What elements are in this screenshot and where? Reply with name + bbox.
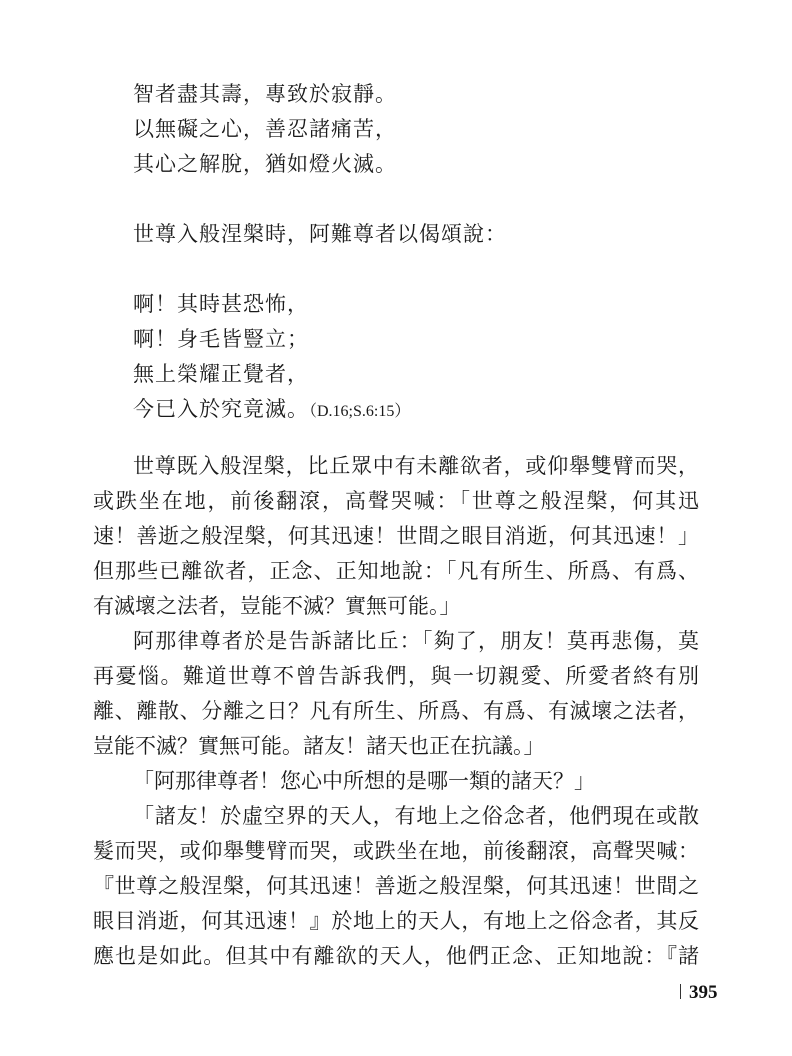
verse-line: 今已入於究竟滅。（D.16;S.6:15） <box>133 395 410 426</box>
citation-reference: （D.16;S.6:15） <box>309 403 410 420</box>
paragraph-line: 但那些已離欲者，正念、正知地說：「凡有所生、所爲、有爲、 <box>93 557 699 585</box>
paragraph-line: 阿那律尊者於是告訴諸比丘：「夠了，朋友！莫再悲傷，莫 <box>133 627 699 655</box>
paragraph-line: 有滅壞之法者，豈能不滅？實無可能。」 <box>93 592 461 620</box>
paragraph-line: 髮而哭，或仰舉雙臂而哭，或跌坐在地，前後翻滾，高聲哭喊： <box>93 837 699 865</box>
verse-line: 智者盡其壽，專致於寂靜。 <box>133 80 397 108</box>
paragraph-line: 『世尊之般涅槃，何其迅速！善逝之般涅槃，何其迅速！世間之 <box>93 872 699 900</box>
paragraph-line: 離、離散、分離之日？凡有所生、所爲、有爲、有滅壞之法者， <box>93 697 699 725</box>
book-page: 智者盡其壽，專致於寂靜。 以無礙之心，善忍諸痛苦， 其心之解脫，猶如燈火滅。 世… <box>0 0 792 1056</box>
paragraph-line: 或跌坐在地，前後翻滾，高聲哭喊：「世尊之般涅槃，何其迅 <box>93 487 699 515</box>
verse-line: 以無礙之心，善忍諸痛苦， <box>133 115 397 143</box>
verse-line: 其心之解脫，猶如燈火滅。 <box>133 150 397 178</box>
paragraph-line: 「阿那律尊者！您心中所想的是哪一類的諸天？」 <box>133 767 595 795</box>
paragraph-line: 速！善逝之般涅槃，何其迅速！世間之眼目消逝，何其迅速！」 <box>93 522 699 550</box>
page-number-divider <box>680 984 681 999</box>
paragraph-line: 世尊既入般涅槃，比丘眾中有未離欲者，或仰舉雙臂而哭， <box>133 452 699 480</box>
verse-text: 今已入於究竟滅。 <box>133 397 309 421</box>
page-number-text: 395 <box>689 982 718 1003</box>
paragraph-line: 眼目消逝，何其迅速！』於地上的天人，有地上之俗念者，其反 <box>93 907 699 935</box>
verse-line: 無上榮耀正覺者， <box>133 360 309 388</box>
page-number: 395 <box>680 982 718 1004</box>
paragraph-line: 「諸友！於虛空界的天人，有地上之俗念者，他們現在或散 <box>133 802 699 830</box>
verse-line: 啊！其時甚恐怖， <box>133 290 309 318</box>
paragraph-line: 再憂惱。難道世尊不曾告訴我們，與一切親愛、所愛者終有別 <box>93 662 699 690</box>
paragraph-line: 豈能不滅？實無可能。諸友！諸天也正在抗議。」 <box>93 732 545 760</box>
verse-line: 啊！身毛皆豎立； <box>133 325 309 353</box>
paragraph-line: 應也是如此。但其中有離欲的天人，他們正念、正知地說：『諸 <box>93 942 699 970</box>
intro-line: 世尊入般涅槃時，阿難尊者以偈頌說： <box>133 220 507 248</box>
